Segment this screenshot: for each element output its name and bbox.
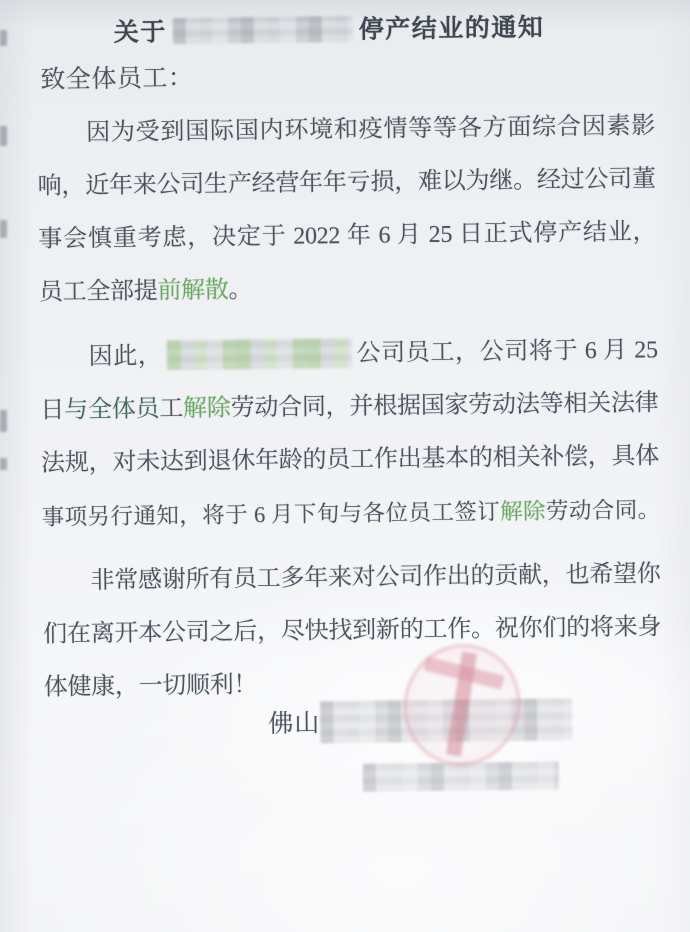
photo-edge-artifact	[0, 30, 7, 46]
text-segment: 劳动合同，并根据国家劳动法等相关法律	[230, 390, 658, 421]
text-segment: 员工全部提	[39, 278, 158, 305]
text-segment: 。	[228, 277, 252, 303]
text-segment: 劳动合同。	[546, 497, 660, 523]
document-photo: 关于停产结业的通知 致全体员工： 因为受到国际国内环境和疫情等等各方面综合因素影…	[0, 0, 690, 932]
text-segment: 体健康，一切顺利！	[44, 672, 258, 701]
text-segment: 因为受到国际国内环境和疫情等等各方面综合因素影	[85, 113, 655, 146]
text-segment: 公司员工，公司将于 6 月 25	[355, 337, 657, 367]
title-prefix: 关于	[114, 19, 167, 47]
text-segment: 前解散	[157, 277, 228, 304]
body-line: 因为受到国际国内环境和疫情等等各方面综合因素影	[37, 100, 656, 161]
paragraph: 因此，公司员工，公司将于 6 月 25日与全体员工解除劳动合同，并根据国家劳动法…	[39, 324, 660, 544]
body-line: 因此，公司员工，公司将于 6 月 25	[39, 324, 658, 385]
photo-edge-artifact	[0, 126, 7, 146]
text-segment: 们在离开本公司之后，尽快找到新的工作。祝你们的将来身	[43, 614, 661, 648]
body-line: 员工全部提前解散。	[39, 259, 658, 320]
photo-edge-artifact	[0, 458, 7, 470]
text-segment: 工	[159, 396, 183, 422]
title-suffix: 停产结业的通知	[359, 15, 545, 44]
text-segment: 日	[40, 397, 64, 423]
text-segment: 与全体员	[64, 396, 159, 423]
text-segment: 解除	[183, 395, 231, 422]
paragraph: 因为受到国际国内环境和疫情等等各方面综合因素影响，近年来公司生产经营年年亏损，难…	[37, 100, 658, 320]
redacted-text	[166, 338, 351, 370]
body-line: 们在离开本公司之后，尽快找到新的工作。祝你们的将来身	[43, 601, 662, 662]
salutation: 致全体员工：	[40, 58, 193, 96]
indent-spacer	[43, 588, 91, 589]
signature-city: 佛山	[268, 710, 320, 738]
text-segment: 响，近年来公司生产经营年年亏损，难以为继。经过公司董	[38, 166, 656, 200]
body-line: 事会慎重考虑，决定于 2022 年 6 月 25 日正式停产结业，	[38, 206, 657, 267]
body-line: 日与全体员工解除劳动合同，并根据国家劳动法等相关法律	[40, 377, 659, 438]
text-segment: 事项另行通知，将于 6 月下旬与各位员工签订	[42, 499, 501, 530]
text-segment: 因此，	[88, 343, 163, 370]
redacted-company-name-title	[173, 16, 353, 44]
body-line: 响，近年来公司生产经营年年亏损，难以为继。经过公司董	[37, 153, 656, 214]
document-body: 因为受到国际国内环境和疫情等等各方面综合因素影响，近年来公司生产经营年年亏损，难…	[37, 100, 662, 715]
notice-title: 关于停产结业的通知	[114, 8, 545, 49]
indent-spacer	[37, 140, 85, 141]
body-line: 非常感谢所有员工多年来对公司作出的贡献，也希望你	[42, 548, 661, 609]
text-segment: 事会慎重考虑，决定于 2022 年 6 月 25 日正式停产结业，	[38, 219, 656, 253]
text-segment: 解除	[500, 499, 546, 525]
photo-edge-artifact	[0, 220, 7, 238]
photo-edge-artifact	[0, 410, 7, 432]
notice-sheet: 关于停产结业的通知 致全体员工： 因为受到国际国内环境和疫情等等各方面综合因素影…	[0, 0, 690, 932]
paragraph: 非常感谢所有员工多年来对公司作出的贡献，也希望你们在离开本公司之后，尽快找到新的…	[42, 548, 662, 715]
indent-spacer	[40, 364, 88, 365]
body-line: 法规，对未达到退休年龄的员工作出基本的相关补偿，具体	[41, 430, 660, 491]
body-line: 事项另行通知，将于 6 月下旬与各位员工签订解除劳动合同。	[41, 483, 660, 544]
company-seal-stamp	[398, 638, 528, 768]
text-segment: 非常感谢所有员工多年来对公司作出的贡献，也希望你	[90, 561, 660, 594]
text-segment: 法规，对未达到退休年龄的员工作出基本的相关补偿，具体	[41, 443, 659, 477]
